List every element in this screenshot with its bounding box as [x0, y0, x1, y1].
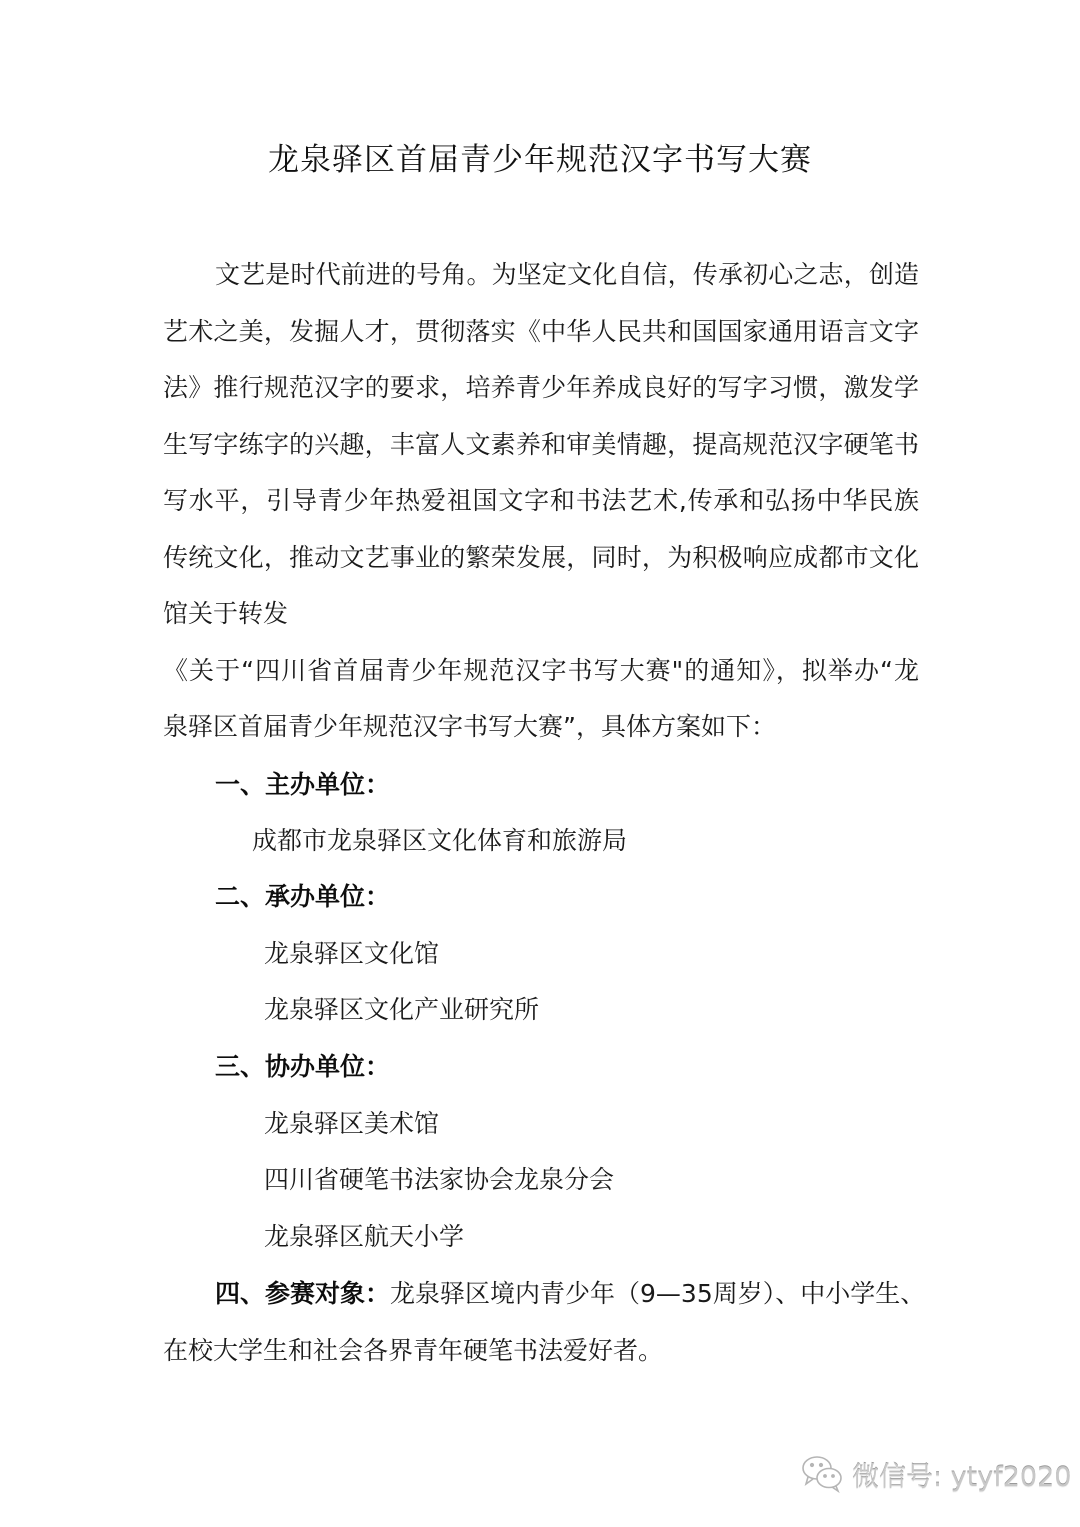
section-heading-participants: 四、参赛对象： — [215, 1279, 390, 1308]
section-item: 龙泉驿区文化馆 — [264, 934, 439, 974]
section-item: 龙泉驿区航天小学 — [264, 1217, 464, 1257]
section-participants: 四、参赛对象：龙泉驿区境内青少年（9—35周岁）、中小学生、 — [215, 1274, 925, 1314]
intro-line: 传统文化，推动文艺事业的繁荣发展，同时，为积极响应成都市文化 — [163, 530, 919, 587]
section-item: 四川省硬笔书法家协会龙泉分会 — [264, 1160, 614, 1200]
section-item: 龙泉驿区文化产业研究所 — [264, 990, 539, 1030]
intro-line: 写水平，引导青少年热爱祖国文字和书法艺术,传承和弘扬中华民族 — [163, 473, 919, 530]
section-heading-host: 二、承办单位： — [215, 877, 390, 917]
section-heading-organizer: 一、主办单位： — [215, 765, 390, 805]
intro-line: 泉驿区首届青少年规范汉字书写大赛”，具体方案如下： — [163, 699, 919, 756]
wechat-watermark: 微信号: ytyf2020 — [800, 1452, 1071, 1496]
section-item: 成都市龙泉驿区文化体育和旅游局 — [252, 821, 627, 861]
intro-line: 文艺是时代前进的号角。为坚定文化自信，传承初心之志，创造 — [163, 247, 919, 304]
participants-text: 龙泉驿区境内青少年（9—35周岁）、中小学生、 — [390, 1279, 925, 1308]
wechat-id-label: 微信号: ytyf2020 — [852, 1455, 1071, 1494]
intro-paragraph: 文艺是时代前进的号角。为坚定文化自信，传承初心之志，创造 艺术之美，发掘人才，贯… — [163, 247, 919, 756]
intro-line: 法》推行规范汉字的要求，培养青少年养成良好的写字习惯，激发学 — [163, 360, 919, 417]
document-title: 龙泉驿区首届青少年规范汉字书写大赛 — [0, 136, 1080, 184]
intro-line: 艺术之美，发掘人才，贯彻落实《中华人民共和国国家通用语言文字 — [163, 304, 919, 361]
participants-text-continued: 在校大学生和社会各界青年硬笔书法爱好者。 — [163, 1331, 663, 1371]
intro-line: 生写字练字的兴趣，丰富人文素养和审美情趣，提高规范汉字硬笔书 — [163, 417, 919, 474]
section-heading-co-organizer: 三、协办单位： — [215, 1047, 390, 1087]
intro-line: 《关于“四川省首届青少年规范汉字书写大赛"的通知》，拟举办“龙 — [163, 643, 919, 700]
wechat-icon — [800, 1454, 846, 1494]
intro-line: 馆关于转发 — [163, 586, 919, 643]
document-page: 龙泉驿区首届青少年规范汉字书写大赛 文艺是时代前进的号角。为坚定文化自信，传承初… — [0, 0, 1080, 1527]
section-item: 龙泉驿区美术馆 — [264, 1104, 439, 1144]
